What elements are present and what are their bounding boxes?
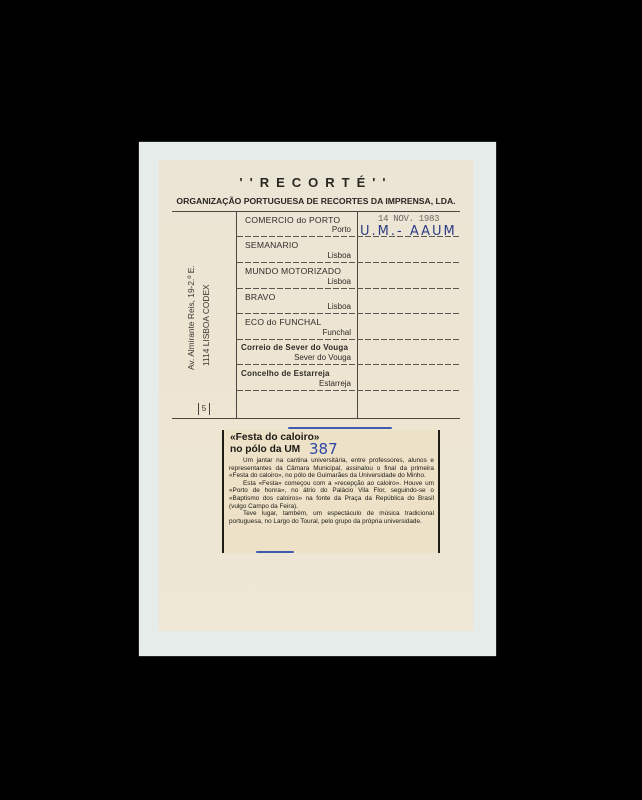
publication-city: Sever do Vouga [250, 353, 351, 362]
clipping-paragraph: Um jantar na cantina universitária, entr… [229, 457, 434, 480]
blue-ink-underline [256, 551, 294, 553]
handwritten-number: 387 [309, 440, 338, 458]
publication-name: SEMANARIO [245, 240, 298, 250]
publication-city: Funchal [250, 328, 351, 337]
clipping-paragraph: Esta «Festa» começou com a «recepção ao … [229, 480, 434, 510]
clipping-body: Um jantar na cantina universitária, entr… [229, 457, 434, 525]
row-divider [237, 262, 460, 263]
row-divider [237, 313, 460, 314]
clipping-paragraph: Teve lugar, também, um espectáculo de mú… [229, 510, 434, 525]
publication-city: Lisboa [250, 302, 351, 311]
row-divider [237, 288, 460, 289]
address-line-2: 1114 LISBOA CODEX [199, 240, 214, 370]
blue-ink-mark [288, 427, 392, 429]
publication-name: BRAVO [245, 292, 275, 302]
row-divider [237, 339, 460, 340]
clipping-headline: «Festa do caloiro» no pólo da UM [230, 432, 319, 456]
table-bottom-rule [172, 418, 460, 419]
table-top-rule [172, 211, 460, 212]
address-line-1: Av. Almirante Reis, 19-2.º E. [184, 240, 199, 370]
publication-city: Estarreja [250, 379, 351, 388]
publication-name: Concelho de Estarreja [241, 369, 330, 378]
publication-name: Correio de Sever do Vouga [241, 343, 348, 352]
newspaper-clipping: «Festa do caloiro» no pólo da UM 387 Um … [222, 430, 440, 553]
form-subtitle: ORGANIZAÇÃO PORTUGUESA DE RECORTES DA IM… [159, 196, 473, 206]
publication-name: COMERCIO do PORTO [245, 215, 340, 225]
date-stamp: 14 NOV. 1983 [378, 214, 439, 224]
headline-line-1: «Festa do caloiro» [230, 432, 319, 444]
column-divider-left [236, 211, 237, 418]
form-title: ''RECORTÉ'' [159, 175, 473, 190]
publication-city: Lisboa [250, 251, 351, 260]
column-divider-middle [357, 211, 358, 418]
row-divider [237, 390, 460, 391]
publication-name: ECO do FUNCHAL [245, 317, 321, 327]
page-number-box: 5 [198, 403, 210, 415]
row-divider [237, 364, 460, 365]
handwritten-annotation: U.M.- AAUM [360, 224, 457, 240]
publication-name: MUNDO MOTORIZADO [245, 266, 341, 276]
publication-city: Lisboa [250, 277, 351, 286]
headline-line-2: no pólo da UM [230, 444, 319, 456]
publication-city: Porto [250, 225, 351, 234]
company-address: Av. Almirante Reis, 19-2.º E. 1114 LISBO… [184, 240, 214, 370]
